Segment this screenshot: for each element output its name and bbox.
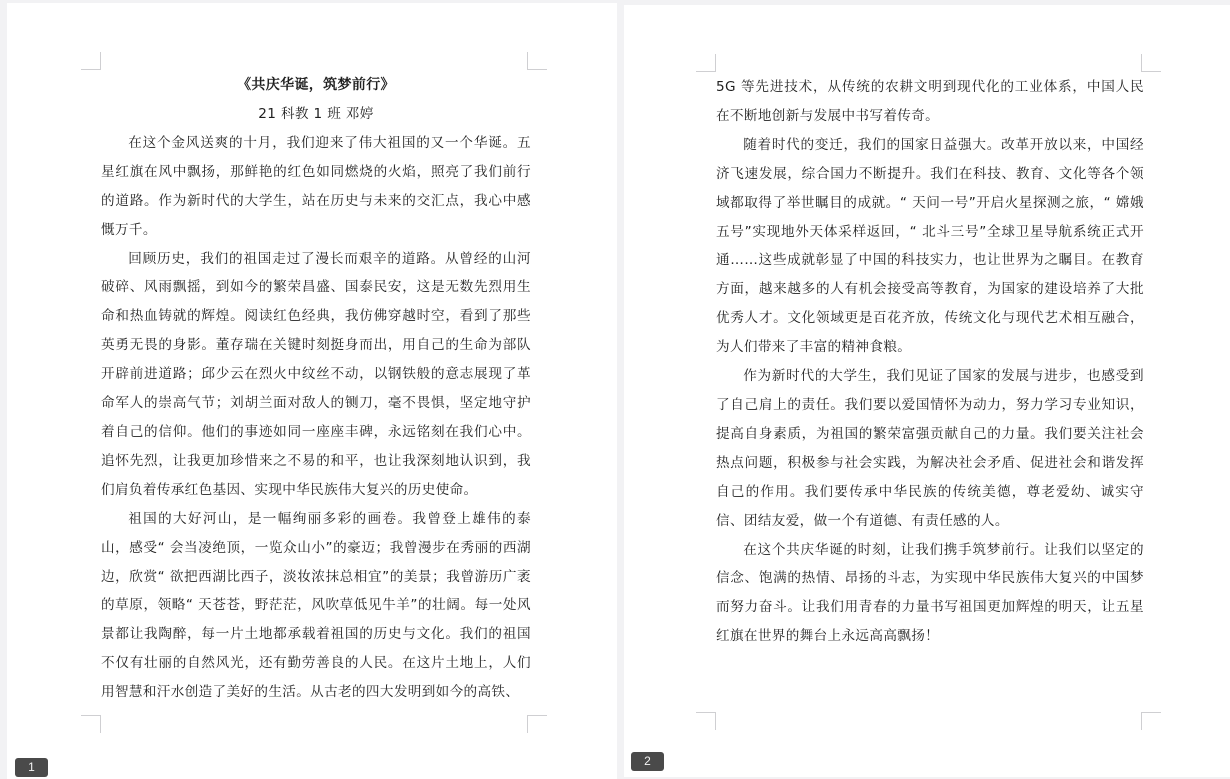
paragraph: 随着时代的变迁，我们的国家日益强大。改革开放以来，中国经济飞速发展，综合国力不断… (716, 131, 1144, 362)
document-page-1: 《共庆华诞，筑梦前行》 21 科教 1 班 邓婷 在这个金风送爽的十月，我们迎来… (7, 3, 617, 779)
page-number-badge-1[interactable]: 1 (15, 758, 48, 777)
corner-mark-top-right (527, 52, 547, 70)
paragraph: 作为新时代的大学生，我们见证了国家的发展与进步，也感受到了自己肩上的责任。我们要… (716, 362, 1144, 535)
corner-mark-bottom-right (1141, 712, 1161, 730)
paragraph: 5G 等先进技术，从传统的农耕文明到现代化的工业体系，中国人民在不断地创新与发展… (716, 73, 1144, 131)
page-number-badge-2[interactable]: 2 (631, 752, 664, 771)
document-page-2: 5G 等先进技术，从传统的农耕文明到现代化的工业体系，中国人民在不断地创新与发展… (624, 5, 1230, 777)
corner-mark-bottom-right (527, 715, 547, 733)
document-title: 《共庆华诞，筑梦前行》 (101, 71, 531, 100)
page-1-content: 《共庆华诞，筑梦前行》 21 科教 1 班 邓婷 在这个金风送爽的十月，我们迎来… (101, 71, 531, 707)
document-author: 21 科教 1 班 邓婷 (101, 100, 531, 129)
corner-mark-bottom-left (696, 712, 716, 730)
corner-mark-top-left (81, 52, 101, 70)
corner-mark-top-right (1141, 54, 1161, 72)
paragraph: 祖国的大好河山，是一幅绚丽多彩的画卷。我曾登上雄伟的泰山，感受“ 会当凌绝顶，一… (101, 505, 531, 707)
paragraph: 在这个共庆华诞的时刻，让我们携手筑梦前行。让我们以坚定的信念、饱满的热情、昂扬的… (716, 536, 1144, 652)
corner-mark-top-left (696, 54, 716, 72)
corner-mark-bottom-left (81, 715, 101, 733)
paragraph: 回顾历史，我们的祖国走过了漫长而艰辛的道路。从曾经的山河破碎、风雨飘摇，到如今的… (101, 245, 531, 505)
paragraph: 在这个金风送爽的十月，我们迎来了伟大祖国的又一个华诞。五星红旗在风中飘扬，那鲜艳… (101, 129, 531, 245)
page-2-content: 5G 等先进技术，从传统的农耕文明到现代化的工业体系，中国人民在不断地创新与发展… (716, 73, 1144, 651)
